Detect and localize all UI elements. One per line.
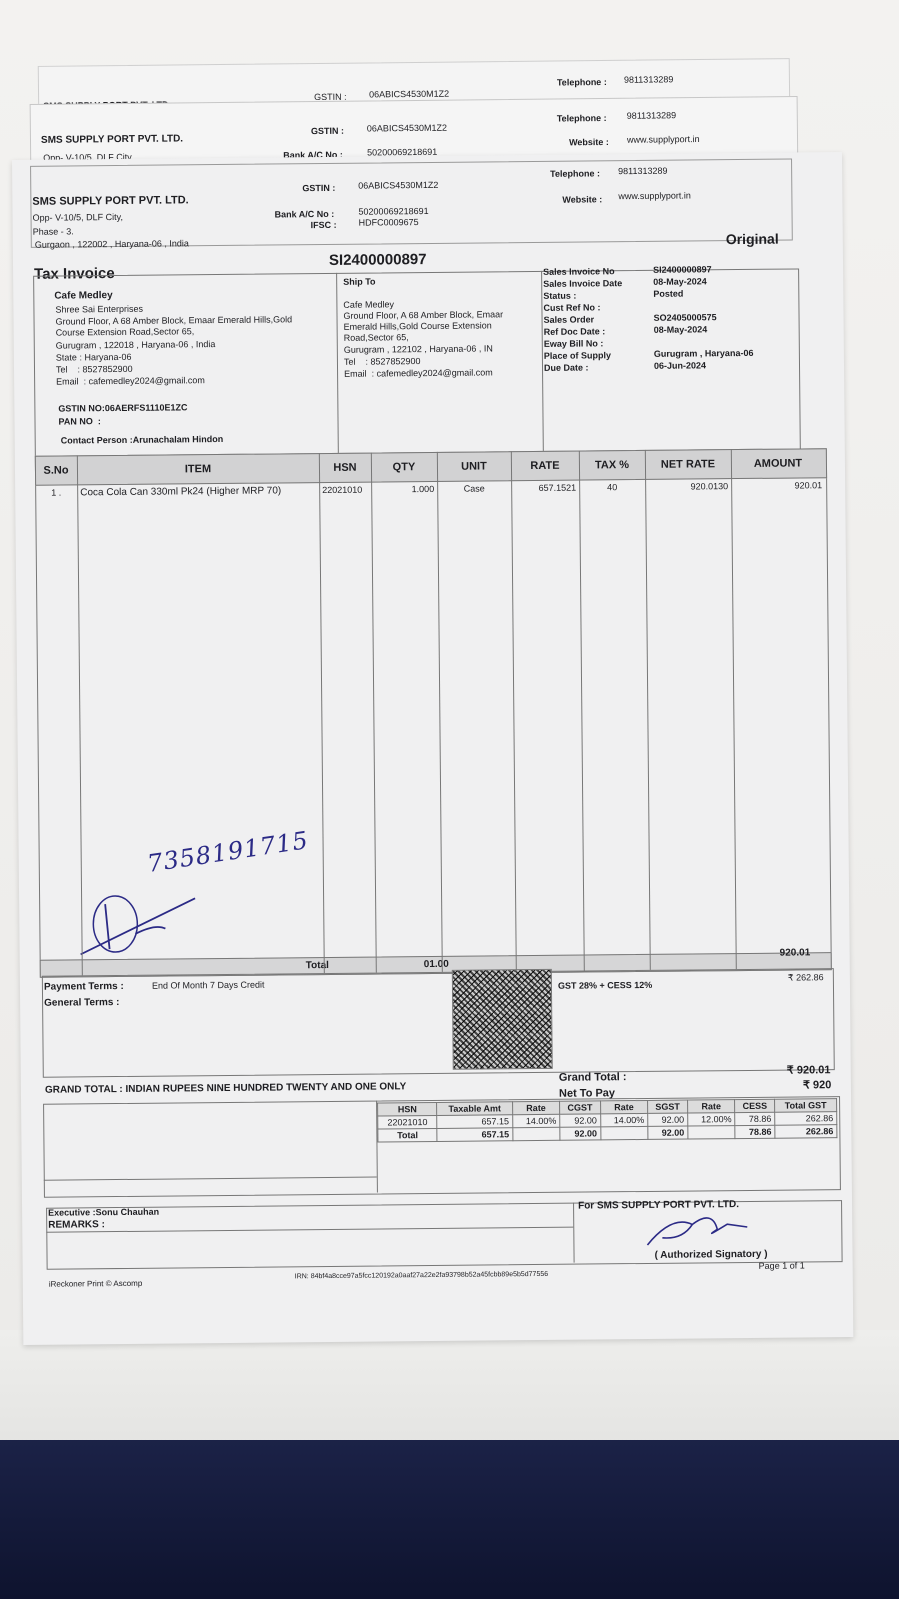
item-cell: Case — [440, 483, 508, 494]
seller-address-2: Phase - 3. — [33, 226, 74, 236]
item-cell: 1.000 — [374, 484, 434, 495]
seller-ifsc-label: IFSC : — [311, 220, 337, 230]
seller-telephone-label: Telephone : — [550, 168, 600, 178]
back-sheet-1-telephone: 9811313289 — [624, 74, 673, 85]
meta-label: Sales Invoice No — [543, 266, 615, 277]
back-sheet-2-telephone-label: Telephone : — [557, 113, 607, 124]
column-header: QTY — [371, 461, 437, 474]
bill-to-name: Cafe Medley — [54, 290, 112, 302]
meta-value: Posted — [653, 289, 683, 299]
hsn-header: Total GST — [775, 1099, 837, 1113]
hsn-header: Rate — [512, 1101, 560, 1114]
meta-label: Eway Bill No : — [544, 338, 604, 349]
hsn-cell: 92.00 — [648, 1126, 688, 1139]
qr-code — [452, 969, 553, 1070]
column-header: ITEM — [77, 462, 319, 476]
ship-to-name: Cafe Medley — [343, 299, 394, 309]
print-credit: iReckoner Print © Ascomp — [49, 1279, 143, 1289]
seller-name: SMS SUPPLY PORT PVT. LTD. — [32, 194, 188, 207]
ship-to-address-4: Gurugram , 122102 , Haryana-06 , IN — [344, 343, 493, 354]
meta-label: Place of Supply — [544, 350, 611, 361]
item-cell: 1 . — [38, 487, 74, 497]
bill-to-gstin: GSTIN NO:06AERFS1110E1ZC — [58, 402, 187, 413]
back-sheet-2-gstin-label: GSTIN : — [311, 126, 344, 136]
ship-to-address-3: Road,Sector 65, — [344, 332, 409, 343]
invoice-number: SI2400000897 — [329, 251, 427, 269]
column-header: RATE — [511, 460, 579, 473]
hsn-header: Taxable Amt — [437, 1102, 512, 1116]
meta-value: Gurugram , Haryana-06 — [654, 348, 754, 359]
column-header: AMOUNT — [731, 457, 825, 470]
seller-bank-ac: 50200069218691 — [358, 206, 428, 217]
item-cell: 920.01 — [734, 480, 822, 491]
hsn-cell: 92.00 — [648, 1113, 688, 1126]
hsn-summary-table: HSNTaxable AmtRateCGSTRateSGSTRateCESSTo… — [377, 1098, 837, 1142]
meta-value: SO2405000575 — [653, 312, 716, 323]
back-sheet-2-website: www.supplyport.in — [627, 134, 700, 145]
hsn-cell — [513, 1127, 561, 1140]
ship-to-address-2: Emerald Hills,Gold Course Extension — [344, 320, 492, 331]
grand-total-value: ₹ 920.01 — [787, 1063, 831, 1076]
bill-to-contact: Contact Person :Arunachalam Hindon — [61, 434, 224, 446]
ship-to-address-1: Ground Floor, A 68 Amber Block, Emaar — [343, 309, 503, 321]
meta-value: SI2400000897 — [653, 264, 712, 275]
net-to-pay-value: ₹ 920 — [803, 1078, 832, 1091]
item-cell: Coca Cola Can 330ml Pk24 (Higher MRP 70) — [80, 485, 316, 498]
item-cell: 22021010 — [322, 485, 368, 495]
column-header: TAX % — [579, 459, 645, 472]
hsn-cell: 78.86 — [735, 1125, 775, 1138]
hsn-cell: 657.15 — [437, 1128, 512, 1142]
tax-summary-value: ₹ 262.86 — [788, 972, 824, 983]
bill-to-address-3: Gurugram , 122018 , Haryana-06 , India — [56, 339, 216, 351]
handwritten-signature — [75, 878, 206, 959]
meta-label: Sales Order — [544, 314, 595, 324]
column-header: HSN — [319, 462, 371, 474]
general-terms-label: General Terms : — [44, 997, 120, 1009]
hsn-cell: 92.00 — [560, 1114, 601, 1127]
meta-label: Status : — [543, 291, 576, 301]
hsn-cell: 262.86 — [775, 1112, 837, 1126]
ship-to-email: Email : cafemedley2024@gmail.com — [344, 367, 493, 378]
authorized-signature — [642, 1209, 752, 1250]
meta-value: 06-Jun-2024 — [654, 360, 706, 370]
hsn-cell: 657.15 — [437, 1115, 512, 1129]
payment-terms-value: End Of Month 7 Days Credit — [152, 980, 265, 991]
hsn-cell: 12.00% — [688, 1113, 736, 1126]
authorized-signatory: ( Authorized Signatory ) — [654, 1249, 767, 1261]
bill-to-tel: Tel : 8527852900 — [56, 364, 133, 375]
hsn-cell: 78.86 — [735, 1112, 775, 1125]
back-sheet-1-telephone-label: Telephone : — [557, 77, 607, 88]
grand-total-words: GRAND TOTAL : INDIAN RUPEES NINE HUNDRED… — [45, 1081, 406, 1095]
tax-summary-label: GST 28% + CESS 12% — [558, 980, 652, 991]
back-sheet-2-gstin: 06ABICS4530M1Z2 — [367, 123, 447, 134]
hsn-header: Rate — [600, 1100, 648, 1113]
seller-address-3: Gurgaon , 122002 , Haryana-06 , India — [35, 238, 189, 249]
hsn-cell: 14.00% — [512, 1114, 560, 1127]
column-header: S.No — [35, 464, 77, 476]
column-header: UNIT — [437, 460, 511, 473]
back-sheet-2-telephone: 9811313289 — [627, 110, 676, 121]
payment-terms-label: Payment Terms : — [44, 981, 124, 993]
meta-label: Due Date : — [544, 362, 589, 372]
ship-to-tel: Tel : 8527852900 — [344, 356, 421, 367]
seller-address-1: Opp- V-10/5, DLF City, — [33, 212, 123, 223]
bill-to-address-2: Course Extension Road,Sector 65, — [56, 326, 195, 337]
meta-value: 08-May-2024 — [654, 324, 708, 335]
back-sheet-1-gstin: 06ABICS4530M1Z2 — [369, 89, 449, 100]
meta-value: 08-May-2024 — [653, 276, 707, 287]
seller-website-label: Website : — [562, 194, 602, 204]
seller-gstin-label: GSTIN : — [302, 183, 335, 193]
meta-label: Sales Invoice Date — [543, 278, 622, 289]
hsn-cell: 22021010 — [378, 1115, 438, 1129]
invoice-sheet: SMS SUPPLY PORT PVT. LTD. Opp- V-10/5, D… — [12, 152, 853, 1345]
hsn-header: SGST — [648, 1100, 688, 1113]
copy-label: Original — [726, 231, 779, 248]
item-cell: 657.1521 — [514, 483, 576, 494]
bill-to-email: Email : cafemedley2024@gmail.com — [56, 375, 205, 386]
hsn-cell — [600, 1126, 648, 1139]
seller-website: www.supplyport.in — [618, 190, 691, 201]
bill-to-pan: PAN NO : — [58, 416, 100, 426]
hsn-cell: 262.86 — [775, 1125, 837, 1139]
meta-label: Cust Ref No : — [543, 302, 600, 313]
irn: IRN: 84bf4a8cce97a5fcc120192a0aaf27a22e2… — [295, 1271, 548, 1280]
grand-total-label: Grand Total : — [559, 1071, 627, 1084]
hsn-cell: 14.00% — [600, 1113, 648, 1126]
seller-gstin: 06ABICS4530M1Z2 — [358, 180, 438, 191]
hsn-cell: Total — [378, 1128, 438, 1142]
ship-to-label: Ship To — [343, 277, 375, 287]
seller-ifsc: HDFC0009675 — [359, 217, 419, 228]
hsn-header: CGST — [560, 1101, 601, 1114]
items-total-amount: 920.01 — [780, 947, 811, 958]
back-sheet-2-website-label: Website : — [569, 137, 609, 147]
seller-telephone: 9811313289 — [618, 166, 667, 176]
items-total-qty: 01.00 — [424, 959, 449, 970]
remarks-label: REMARKS : — [48, 1219, 105, 1231]
bill-to-company: Shree Sai Enterprises — [55, 304, 143, 315]
hsn-cell — [688, 1126, 736, 1139]
seller-bank-label: Bank A/C No : — [274, 209, 334, 220]
items-total-label: Total — [306, 960, 329, 971]
hsn-cell: 92.00 — [560, 1127, 601, 1140]
hsn-header: CESS — [735, 1099, 775, 1112]
background-cloth — [0, 1440, 899, 1599]
bill-to-state: State : Haryana-06 — [56, 352, 132, 363]
column-header: NET RATE — [645, 458, 731, 471]
page-number: Page 1 of 1 — [759, 1260, 805, 1270]
meta-label: Ref Doc Date : — [544, 326, 606, 337]
item-cell: 920.0130 — [648, 481, 728, 492]
hsn-header: Rate — [687, 1100, 735, 1113]
back-sheet-2-company: SMS SUPPLY PORT PVT. LTD. — [41, 133, 183, 145]
item-cell: 40 — [582, 482, 642, 493]
hsn-header: HSN — [378, 1102, 438, 1116]
